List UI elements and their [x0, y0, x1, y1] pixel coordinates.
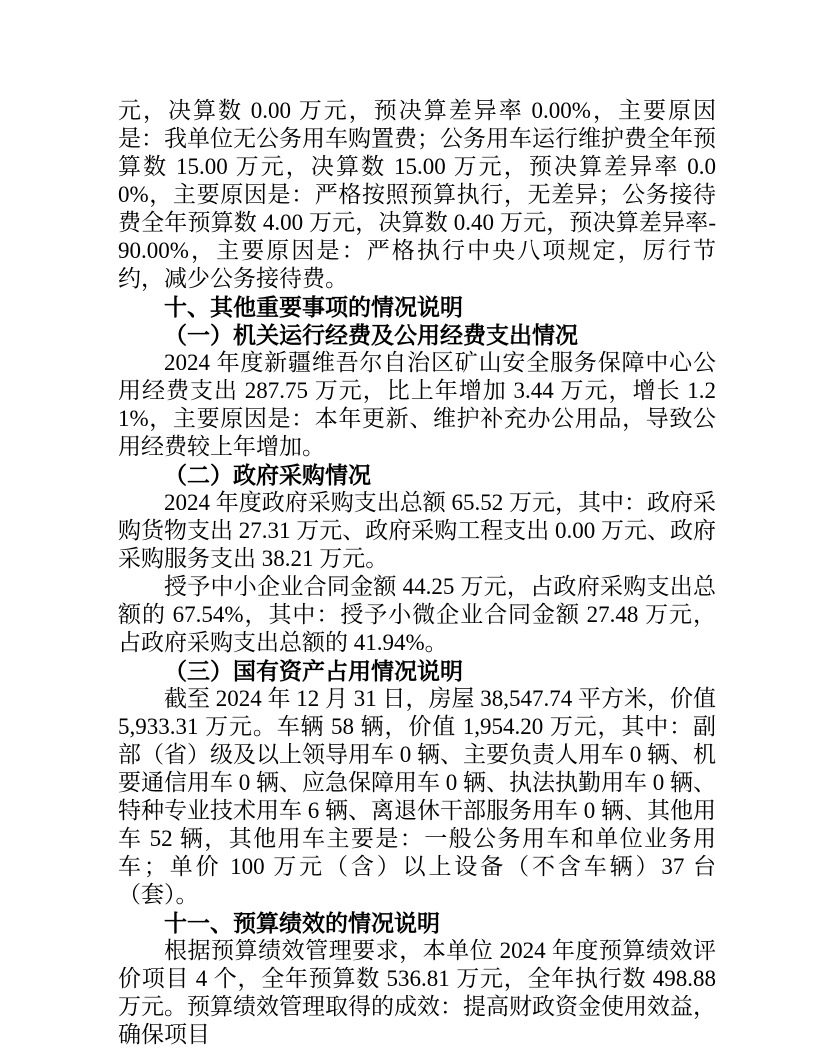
heading-subsection-two-government-procurement: （二）政府采购情况: [118, 461, 716, 489]
paragraph-state-assets-detail: 截至 2024 年 12 月 31 日，房屋 38,547.74 平方米，价值 …: [118, 685, 716, 909]
paragraph-procurement-totals: 2024 年度政府采购支出总额 65.52 万元，其中：政府采购货物支出 27.…: [118, 489, 716, 573]
paragraph-budget-performance-detail: 根据预算绩效管理要求，本单位 2024 年度预算绩效评价项目 4 个，全年预算数…: [118, 937, 716, 1049]
paragraph-sme-contract-amounts: 授予中小企业合同金额 44.25 万元，占政府采购支出总额的 67.54%，其中…: [118, 573, 716, 657]
heading-section-eleven-budget-performance: 十一、预算绩效的情况说明: [118, 909, 716, 937]
heading-subsection-three-state-assets: （三）国有资产占用情况说明: [118, 657, 716, 685]
document-page: 元，决算数 0.00 万元，预决算差异率 0.00%，主要原因是：我单位无公务用…: [0, 0, 816, 1056]
paragraph-public-expenses-detail: 2024 年度新疆维吾尔自治区矿山安全服务保障中心公用经费支出 287.75 万…: [118, 349, 716, 461]
heading-subsection-one-operating-expenses: （一）机关运行经费及公用经费支出情况: [118, 321, 716, 349]
paragraph-vehicle-budget-variance-continuation: 元，决算数 0.00 万元，预决算差异率 0.00%，主要原因是：我单位无公务用…: [118, 97, 716, 293]
heading-section-ten-other-important-matters: 十、其他重要事项的情况说明: [118, 293, 716, 321]
document-text-block: 元，决算数 0.00 万元，预决算差异率 0.00%，主要原因是：我单位无公务用…: [118, 97, 716, 1049]
